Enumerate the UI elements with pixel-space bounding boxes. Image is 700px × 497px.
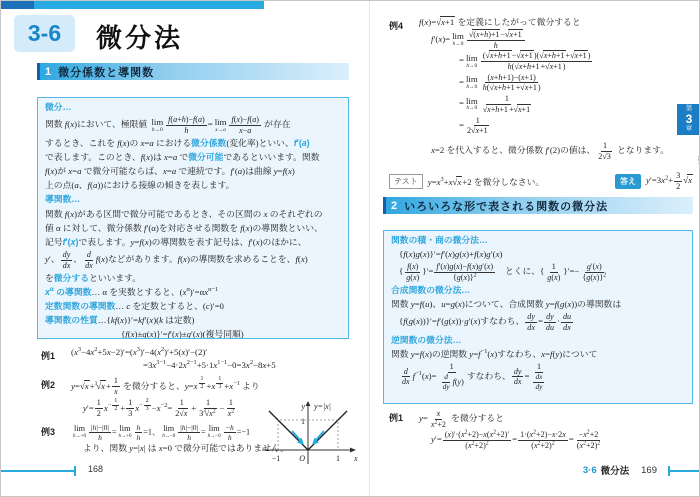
graph-one-x: 1 [336, 454, 340, 463]
lesson-title: 微分法 [96, 18, 183, 55]
top-accent-bar-dark [1, 1, 34, 9]
text-line: {f(x)g(x)}′=f′(x)g(x)+f(x)g′(x) [399, 248, 685, 261]
text-line: 関数の積・商の微分法… [391, 234, 685, 247]
graph-x-label: x [353, 454, 358, 463]
chapter-tab-suffix: 章 [686, 126, 693, 133]
check-box-2-content: 関数の積・商の微分法…{f(x)g(x)}′=f′(x)g(x)+f(x)g′(… [384, 231, 692, 392]
footer-rule-right [669, 470, 699, 472]
text-line: 導関数… [45, 193, 341, 206]
text-line: xα の導関数… α を実数とすると、(xα)′=αxα−1 [45, 286, 341, 299]
footer-rule-tick-left [74, 466, 76, 476]
text-line: 関数 y=f(x)の逆関数 y=f−1(x)すなわち、x=f(y)について [391, 348, 685, 361]
check-label-text: チェック! [51, 97, 88, 98]
check-box-2: ☑ チェック! 関数の積・商の微分法…{f(x)g(x)}′=f′(x)g(x)… [383, 230, 693, 404]
text-line: 関数 f(x)がある区間で微分可能であるとき、その区間の x のそれぞれの [45, 208, 341, 221]
section-2-title: いろいろな形で表される関数の微分法 [404, 198, 608, 214]
check-icon: ☑ [387, 230, 395, 231]
test-exercise-row: テスト y=x3+x√x+2 を微分しなさい。 答え y′=3x2+32√x [389, 171, 693, 191]
example-line: y′=12x−12+13x−23−x−2=12√x+133√x2−1x2 [83, 398, 260, 419]
example-label: 例2 [41, 376, 71, 391]
text-line: 記号f′(x)で表します。y=f(x)の導関数を表す記号は、f′(x)のほかに、 [45, 236, 341, 249]
test-badge: テスト [389, 174, 423, 189]
chapter-tab: 第 3 章 [677, 104, 700, 135]
example-block: 例4f(x)=√x+1 を定義にしたがって微分するとf′(x)=limh→0√(… [389, 17, 695, 162]
graph-y-label: y [300, 402, 305, 411]
lesson-number-badge: 3-6 [14, 15, 75, 52]
example-body: y=√x+3√x+1x を微分すると、y=x12+x13+x−1 よりy′=12… [71, 376, 260, 420]
test-question: y=x3+x√x+2 を微分しなさい。 [428, 175, 545, 188]
text-line: 導関数の性質…{kf(x)}′=kf′(x)(k は定数) [45, 314, 341, 327]
page-divider [369, 1, 370, 497]
x-axis-arrow [350, 448, 356, 453]
example-label: 例4 [389, 17, 419, 32]
text-line: 関数 y=f(u)、u=g(x)について、合成関数 y=f(g(x))の導関数は [391, 298, 685, 311]
example-line: =3x3−1−4·2x2−1+5·1x1−1−0=3x2−8x+5 [143, 360, 276, 372]
section-1-number: 1 [40, 66, 58, 78]
example-line: x=2 を代入すると、微分係数 f′(2)の値は、12√3 となります。 [431, 141, 669, 161]
graph-origin: O [299, 454, 305, 463]
text-line: 値 α に対して、微分係数 f′(α)を対応させる関数を f(x)の導関数といい… [45, 222, 341, 235]
examples-right: 例1y=xx2+2 を微分するとy′=(x)′·(x2+2)−x(x2+2)′(… [389, 409, 695, 455]
text-line: で表します。このとき、f(x)は x=a で微分可能であるといいます。関数 [45, 151, 341, 164]
footer-rule-left [1, 470, 75, 472]
check-label-1: ☑ チェック! [37, 97, 94, 98]
example-line: =limh→0(√x+h+1−√x+1)(√x+h+1+√x+1)h(√x+h+… [459, 51, 669, 71]
example-line: y=xx2+2 を微分すると [419, 409, 603, 429]
text-line: 逆関数の微分法… [391, 334, 685, 347]
check-icon: ☑ [41, 97, 49, 98]
example-label: 例1 [41, 347, 71, 362]
text-line: {f(g(x))}′=f′(g(x))·g′(x)すなわち、dydx=dydu·… [399, 312, 685, 332]
example-line: =limh→0(x+h+1)−(x+1)h(√x+h+1+√x+1) [459, 73, 669, 93]
check-box-1-content: 微分…関数 f(x)において、極限値 limh→0f(a+h)−f(a)h=li… [38, 98, 348, 339]
example-4: 例4f(x)=√x+1 を定義にしたがって微分するとf′(x)=limh→0√(… [389, 17, 695, 165]
text-line: y′、dydx、ddxf(x)などがあります。f(x)の導関数を求めることを、f… [45, 250, 341, 270]
check-box-1: ☑ チェック! 微分…関数 f(x)において、極限値 limh→0f(a+h)−… [37, 97, 349, 339]
example-line: =12√x+1 [459, 116, 669, 136]
footer-rule-tick-right [668, 466, 670, 476]
text-line: ddxf−1(x)=1ddyf(y)すなわち、dydx=1dxdy [399, 362, 685, 392]
example-line: f′(x)=limh→0√(x+h)+1−√x+1h [431, 30, 669, 50]
example-line: =limh→01√x+h+1+√x+1 [459, 94, 669, 114]
footer-section-number: 3·6 [583, 465, 597, 476]
page-number-left: 168 [88, 464, 103, 474]
section-2-header: 2 いろいろな形で表される関数の微分法 [383, 197, 693, 214]
footer-right: 3·6 微分法 169 [583, 463, 657, 477]
graph-one-y: 1 [301, 417, 305, 426]
text-line: {f(x)g(x)}′=f′(x)g(x)−f(x)g′(x){g(x)}2 と… [399, 262, 685, 282]
example-line: f(x)=√x+1 を定義にしたがって微分すると [419, 17, 669, 29]
example-label: 例3 [41, 423, 71, 438]
section-2-number: 2 [386, 200, 404, 212]
check-label-2: ☑ チェック! [383, 230, 440, 231]
example-body: (x3−4x2+5x−2)′=(x3)′−4(x2)′+5(x)′−(2)′=3… [71, 347, 276, 373]
text-line: 合成関数の微分法… [391, 284, 685, 297]
graph-function-label: y=|x| [313, 402, 331, 411]
section-1-title: 微分係数と導関数 [58, 64, 154, 80]
example-block: 例1(x3−4x2+5x−2)′=(x3)′−4(x2)′+5(x)′−(2)′… [41, 347, 341, 373]
y-axis-arrow [306, 401, 311, 406]
test-answer: y′=3x2+32√x [646, 171, 693, 191]
example-line: y=√x+3√x+1x を微分すると、y=x12+x13+x−1 より [71, 376, 260, 397]
footer-section-title: 微分法 [601, 463, 630, 477]
top-accent-bar [1, 1, 264, 9]
example-line: y′=(x)′·(x2+2)−x(x2+2)′(x2+2)2=1·(x2+2)−… [431, 430, 603, 450]
example-body: f(x)=√x+1 を定義にしたがって微分するとf′(x)=limh→0√(x+… [419, 17, 669, 162]
abs-value-graph: y y=|x| 1 −1 O 1 x [256, 398, 362, 472]
text-line: するとき、これを f(x)の x=a における微分係数(変化率)といい、f′(a… [45, 137, 341, 150]
answer-badge: 答え [615, 174, 641, 189]
section-1-header: 1 微分係数と導関数 [37, 63, 349, 80]
example-line: (x3−4x2+5x−2)′=(x3)′−4(x2)′+5(x)′−(2)′ [71, 347, 276, 359]
slope-arrow-left [292, 431, 304, 445]
example-label: 例1 [389, 409, 419, 424]
textbook-spread: 3-6 微分法 1 微分係数と導関数 ☑ チェック! 微分…関数 f(x)におい… [0, 0, 700, 497]
text-line: を微分するといいます。 [45, 272, 341, 285]
slope-arrow-right [312, 431, 324, 445]
text-line: 定数関数の導関数… c を定数とすると、(c)′=0 [45, 300, 341, 313]
chapter-tab-number: 3 [686, 113, 693, 126]
graph-minus-one: −1 [272, 454, 281, 463]
page-number-right: 169 [641, 465, 657, 476]
check-label-text: チェック! [397, 230, 434, 231]
text-line: f(x)が x=a で微分可能ならば、x=a で連続です。f′(a)は曲線 y=… [45, 165, 341, 178]
chapter-tab-label: 関数 [684, 140, 700, 168]
example-body: y=xx2+2 を微分するとy′=(x)′·(x2+2)−x(x2+2)′(x2… [419, 409, 603, 452]
text-line: 微分… [45, 101, 341, 114]
text-line: 関数 f(x)において、極限値 limh→0f(a+h)−f(a)h=limx→… [45, 115, 341, 135]
example-block: 例1y=xx2+2 を微分するとy′=(x)′·(x2+2)−x(x2+2)′(… [389, 409, 695, 452]
text-line: 上の点(a、f(a))における接線の傾きを表します。 [45, 179, 341, 192]
text-line: {f(x)±g(x)}′=f′(x)±g′(x)(複号同順) [121, 328, 341, 339]
